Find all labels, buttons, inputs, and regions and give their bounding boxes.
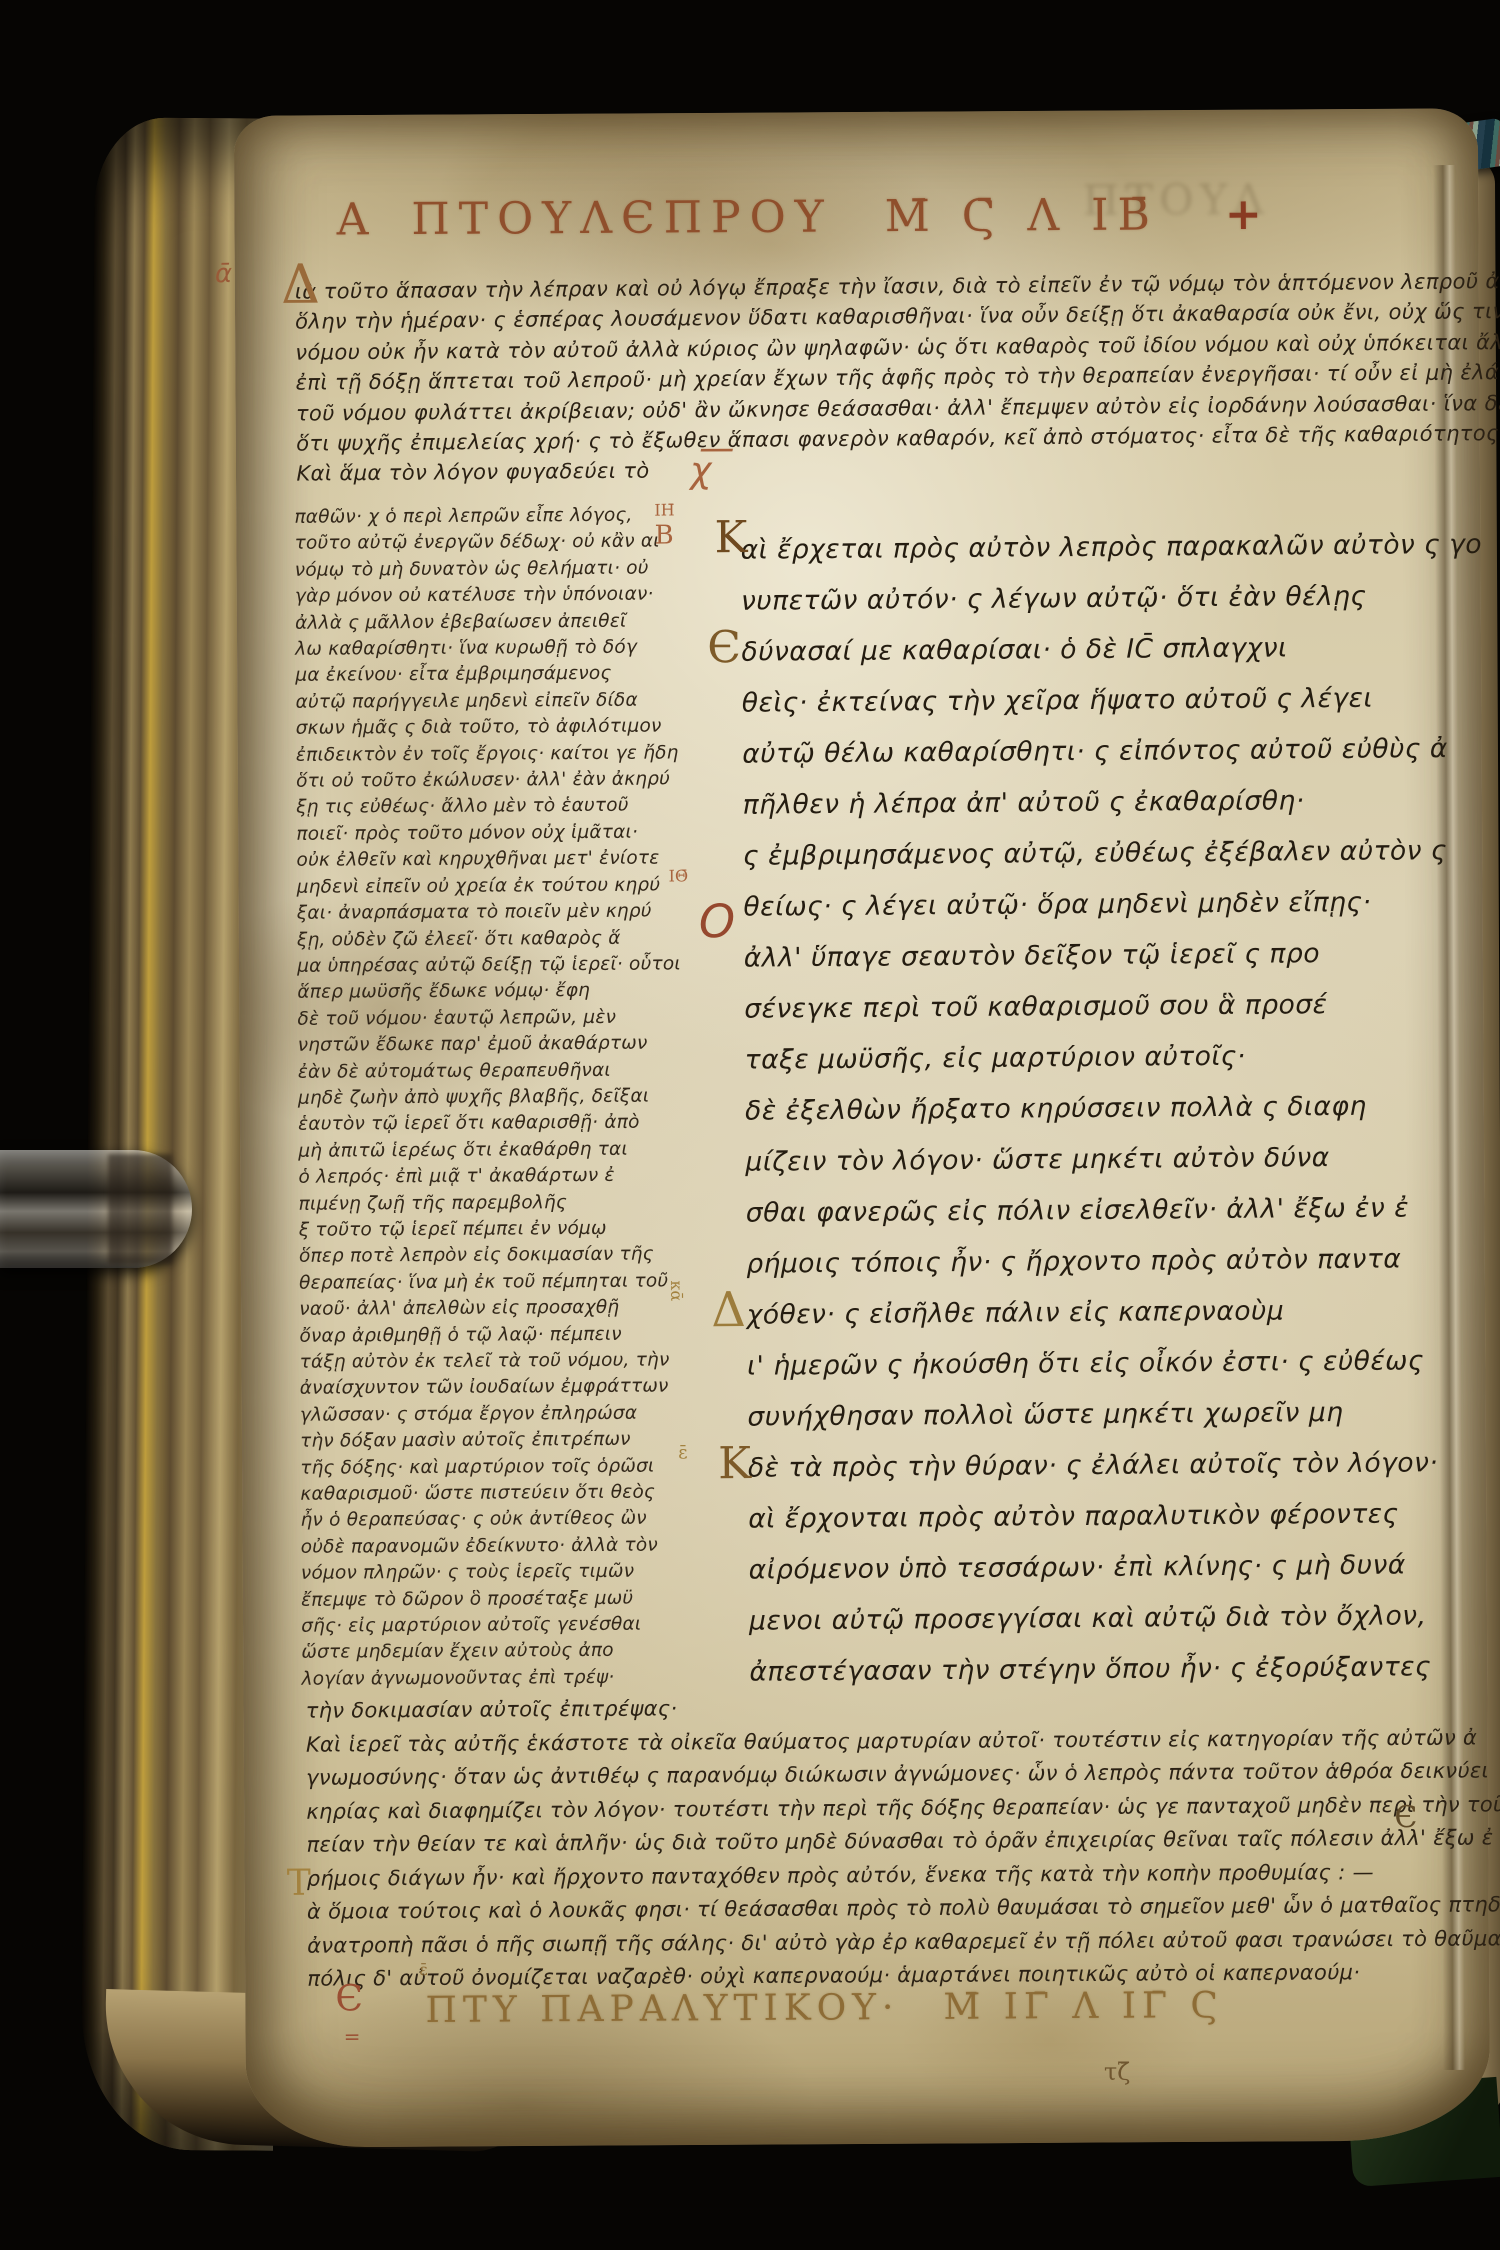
photo-of-manuscript: { "photo": { "background_color": "#06050… — [0, 0, 1500, 2250]
initial-delta-gospel: Δ — [711, 1282, 746, 1338]
text-line: θεὶς· ἐκτείνας τὴν χεῖρα ἥψατο αὐτοῦ ς λ… — [742, 672, 1484, 729]
footer-title-text: ΠΤΥ ΠΑΡΑΛΥΤΙΚΟΥ· — [425, 1987, 899, 2031]
text-line: αἰρόμενον ὑπὸ τεσσάρων· ἐπὶ κλίνης· ς μὴ… — [748, 1539, 1490, 1596]
text-line: δὲ τὰ πρὸς τὴν θύραν· ς ἐλάλει αὐτοῖς τὸ… — [748, 1437, 1490, 1494]
text-line: νόμον πληρῶν· ς τοὺς ἱερεῖς τιμῶν — [301, 1559, 685, 1588]
chapter-number-alpha: ᾱ — [215, 259, 232, 289]
text-line: τῆς δόξης· καὶ μαρτύριον τοῖς ὁρῶσι — [300, 1453, 684, 1482]
text-line: ξῃ τις εὐθέως· ἄλλο μὲν τὸ ἑαυτοῦ — [296, 793, 680, 822]
text-line: ρήμοις τόποις ἦν· ς ἤρχοντο πρὸς αὐτὸν π… — [746, 1233, 1488, 1290]
text-line: αὶ ἔρχεται πρὸς αὐτὸν λεπρὸς παρακαλῶν α… — [740, 519, 1482, 576]
text-line: συνήχθησαν πολλοὶ ὥστε μηκέτι χωρεῖν μη — [747, 1386, 1489, 1443]
text-line: μὴ ἀπιτῶ ἱερέως ὅτι ἐκαθάρθη ται — [298, 1136, 682, 1165]
text-line: ἅπερ μωϋσῆς ἔδωκε νόμῳ· ἔφη — [297, 978, 681, 1007]
text-line: ἀλλὰ ς μᾶλλον ἐβεβαίωσεν ἀπειθεῖ — [295, 608, 679, 637]
paragraph-end-epsilon: Є — [1394, 1800, 1417, 1835]
text-line: ξῃ, οὐδὲν ζῶ ἐλεεῖ· ὅτι καθαρὸς ἅ — [297, 925, 681, 954]
text-line: σένεγκε περὶ τοῦ καθαρισμοῦ σου ἃ προσέ — [744, 978, 1486, 1035]
text-line: ξαι· ἀναρπάσματα τὸ ποιεῖν μὲν κηρύ — [297, 899, 681, 928]
text-line: ταξε μωϋσῆς, εἰς μαρτύριον αὐτοῖς· — [744, 1029, 1486, 1086]
text-line: τὴν δόξαν μασὶν αὐτοῖς ἐπιτρέπων — [300, 1427, 684, 1456]
text-line: μίζειν τὸν λόγον· ὥστε μηκέτι αὐτὸν δύνα — [745, 1131, 1487, 1188]
text-line: δύνασαί με καθαρίσαι· ὁ δὲ ΙC̄ σπλαγχνι — [741, 621, 1483, 678]
text-line: γλῶσσαν· ς στόμα ἔργον ἐπληρώσα — [300, 1400, 684, 1429]
text-line: ὅπερ ποτὲ λεπρὸν εἰς δοκιμασίαν τῆς — [299, 1242, 683, 1271]
text-line: νόμῳ τὸ μὴ δυνατὸν ὡς θελήματι· οὐ — [295, 555, 679, 584]
text-line: δὲ ἐξελθὼν ἤρξατο κηρύσσειν πολλὰ ς διαφ… — [745, 1080, 1487, 1137]
bottom-commentary-block: τὴν δοκιμασίαν αὐτοῖς ἐπιτρέψας·Καὶ ἱερε… — [306, 1687, 1500, 1996]
text-line: οὐκ ἐλθεῖν καὶ κηρυχθῆναι μετ' ἐνίοτε — [296, 846, 680, 875]
top-commentary-block: ιὰ τοῦτο ἅπασαν τὴν λέπραν καὶ οὐ λόγῳ ἔ… — [295, 264, 1500, 490]
header-title-text: ΠΤΟΥΛЄΠΡΟΥ — [411, 191, 833, 245]
text-line: τοῦτο αὐτῷ ἐνεργῶν δέδωχ· οὐ κἂν αι — [295, 529, 679, 558]
text-line: παθῶν· χ ὁ περὶ λεπρῶν εἶπε λόγος, — [294, 502, 678, 531]
text-line: λογίαν ἀγνωμονοῦντας ἐπὶ τρέψ· — [301, 1664, 685, 1693]
text-line: ξ τοῦτο τῷ ἱερεῖ πέμπει ἐν νόμῳ — [299, 1215, 683, 1244]
marginalia-layer: ᾱΔΠΤΟΥΛχ͞ΙΗ̄ΒΚЄΙΘ̄ΟκᾱΔε̄ΚЄΤЄ=ε̄τζ̄ — [0, 0, 1493, 5]
text-line: ἔπεμψε τὸ δῶρον ὃ προσέταξε μωϋ — [301, 1585, 685, 1614]
text-line: ἦν ὁ θεραπεύσας· ς οὐκ ἀντίθεος ὢν — [300, 1506, 684, 1535]
text-line: σκων ἡμᾶς ς διὰ τοῦτο, τὸ ἀφιλότιμον — [296, 714, 680, 743]
text-line: πιμένῃ ζωῇ τῆς παρεμβολῆς — [299, 1189, 683, 1218]
eusebian-number-ka: κᾱ — [667, 1280, 686, 1301]
text-line: καθαρισμοῦ· ὥστε πιστεύειν ὅτι θεὸς — [300, 1479, 684, 1508]
initial-tau: Τ — [287, 1863, 311, 1904]
text-line: γὰρ μόνον οὐ κατέλυσε τὴν ὑπόνοιαν· — [295, 582, 679, 611]
marginal-epsilon-number: ε̄ — [678, 1442, 687, 1463]
text-line: αὶ ἔρχονται πρὸς αὐτὸν παραλυτικὸν φέρον… — [748, 1488, 1490, 1545]
text-line: ἐὰν δὲ αὐτομάτως θεραπευθῆναι — [298, 1057, 682, 1086]
quire-signature: τζ̄ — [1104, 2058, 1130, 2086]
quire-epsilon: Є — [335, 1978, 363, 2019]
footer-lection-refs: Μ̄ ΙΓ̄ Λ ΙΓ̄ Ϛ — [943, 1985, 1224, 2028]
initial-kappa-1: Κ — [714, 512, 747, 563]
title-ghost-showthrough: ΠΤΟΥΛ — [1082, 175, 1269, 225]
footer-epsilon-small: ε̄ — [419, 1960, 427, 1979]
text-line: οὐδὲ παρανομῶν ἐδείκνυτο· ἀλλὰ τὸν — [301, 1532, 685, 1561]
text-line: ποιεῖ· πρὸς τοῦτο μόνον οὐχ ἱμᾶται· — [296, 819, 680, 848]
text-line: νηστῶν ἔδωκε παρ' ἐμοῦ ἀκαθάρτων — [298, 1031, 682, 1060]
text-line: πῆλθεν ἡ λέπρα ἀπ' αὐτοῦ ς ἐκαθαρίσθη· — [742, 774, 1484, 831]
text-line: ἐπιδεικτὸν ἐν τοῖς ἔργοις· καίτοι γε ἤδη — [296, 740, 680, 769]
eusebian-number-19: ΙΘ̄ — [669, 866, 689, 885]
text-line: ὁ λεπρός· ἐπὶ μιᾷ τ' ἀκαθάρτων ἐ — [298, 1163, 682, 1192]
text-line: μηδενὶ εἰπεῖν οὐ χρεία ἐκ τούτου κηρύ — [297, 872, 681, 901]
text-line: θείως· ς λέγει αὐτῷ· ὅρα μηδενὶ μηδὲν εἴ… — [743, 876, 1485, 933]
text-line: τάξῃ αὐτὸν ἐκ τελεῖ τὰ τοῦ νόμου, τὴν — [300, 1347, 684, 1376]
initial-epsilon-1: Є — [707, 622, 741, 673]
page-weight-dark-band — [108, 1154, 172, 1264]
quire-epsilon-dashes: = — [344, 2024, 361, 2048]
text-line: νυπετῶν αὐτόν· ς λέγων αὐτῷ· ὅτι ἐὰν θέλ… — [741, 570, 1483, 627]
left-commentary-column: παθῶν· χ ὁ περὶ λεπρῶν εἶπε λόγος,τοῦτο … — [294, 502, 685, 1693]
text-line: ὄναρ ἀριθμηθῇ ὁ τῷ λαῷ· πέμπειν — [299, 1321, 683, 1350]
text-line: μηδὲ ζωὴν ἀπὸ ψυχῆς βλαβῆς, δεῖξαι — [298, 1083, 682, 1112]
text-line: ναοῦ· ἀλλ' ἀπελθὼν εἰς προσαχθῇ — [299, 1295, 683, 1324]
initial-delta-commentary: Δ — [281, 253, 320, 316]
text-line: ὥστε μηδεμίαν ἔχειν αὐτοὺς ἀπο — [301, 1638, 685, 1667]
text-line: μα ἐκείνου· εἶτα ἐμβριμησάμενος — [295, 661, 679, 690]
text-line: μενοι αὐτῷ προσεγγίσαι καὶ αὐτῷ διὰ τὸν … — [749, 1590, 1491, 1647]
header-prefix-letter: Α — [336, 194, 377, 245]
text-line: ἑαυτὸν τῷ ἱερεῖ ὅτι καθαρισθῇ· ἀπὸ — [298, 1110, 682, 1139]
text-line: μα ὑπηρέσας αὐτῷ δείξῃ τῷ ἱερεῖ· οὗτοι — [297, 951, 681, 980]
text-line: αὐτῷ θέλω καθαρίσθητι· ς εἰπόντος αὐτοῦ … — [742, 723, 1484, 780]
text-line: χόθεν· ς εἰσῆλθε πάλιν εἰς καπερναοὺμ — [746, 1284, 1488, 1341]
text-line: αὐτῷ παρήγγειλε μηδενὶ εἰπεῖν δίδα — [295, 687, 679, 716]
page-text-layer: ΑΠΤΟΥΛЄΠΡΟΥΜ̄ Ϛ̄ Λ ΙΒ̄+ ιὰ τοῦτο ἅπασαν … — [0, 0, 1500, 2250]
rubric-footer-title: ΠΤΥ ΠΑΡΑΛΥΤΙΚΟΥ·Μ̄ ΙΓ̄ Λ ΙΓ̄ Ϛ — [425, 1985, 1224, 2031]
initial-kappa-2: Κ — [718, 1438, 751, 1489]
text-line: σῆς· εἰς μαρτύριον αὐτοῖς γενέσθαι — [301, 1611, 685, 1640]
text-line: δὲ τοῦ νόμου· ἑαυτῷ λεπρῶν, μὲν — [297, 1004, 681, 1033]
text-line: θεραπείας· ἵνα μὴ ἐκ τοῦ πέμπηται τοῦ — [299, 1268, 683, 1297]
text-line: λω καθαρίσθητι· ἵνα κυρωθῇ τὸ δόγ — [295, 634, 679, 663]
text-line: σθαι φανερῶς εἰς πόλιν εἰσελθεῖν· ἀλλ' ἔ… — [746, 1182, 1488, 1239]
initial-omicron: Ο — [699, 894, 736, 948]
right-gospel-column: αὶ ἔρχεται πρὸς αὐτὸν λεπρὸς παρακαλῶν α… — [740, 519, 1491, 1698]
text-line: ἀλλ' ὕπαγε σεαυτὸν δεῖξον τῷ ἱερεῖ ς προ — [744, 927, 1486, 984]
paragraph-mark-chi: χ͞ — [690, 450, 712, 491]
text-line: ι' ἡμερῶν ς ἠκούσθη ὅτι εἰς οἶκόν ἐστι· … — [747, 1335, 1489, 1392]
text-line: ς ἐμβριμησάμενος αὐτῷ, εὐθέως ἐξέβαλεν α… — [743, 825, 1485, 882]
text-line: ὅτι οὐ τοῦτο ἐκώλυσεν· ἀλλ' ἐὰν ἀκηρύ — [296, 766, 680, 795]
text-line: ἀναίσχυντον τῶν ἰουδαίων ἐμφράττων — [300, 1374, 684, 1403]
eusebian-number-18: ΙΗ̄ — [654, 500, 674, 519]
marginal-beta: Β — [654, 520, 673, 550]
